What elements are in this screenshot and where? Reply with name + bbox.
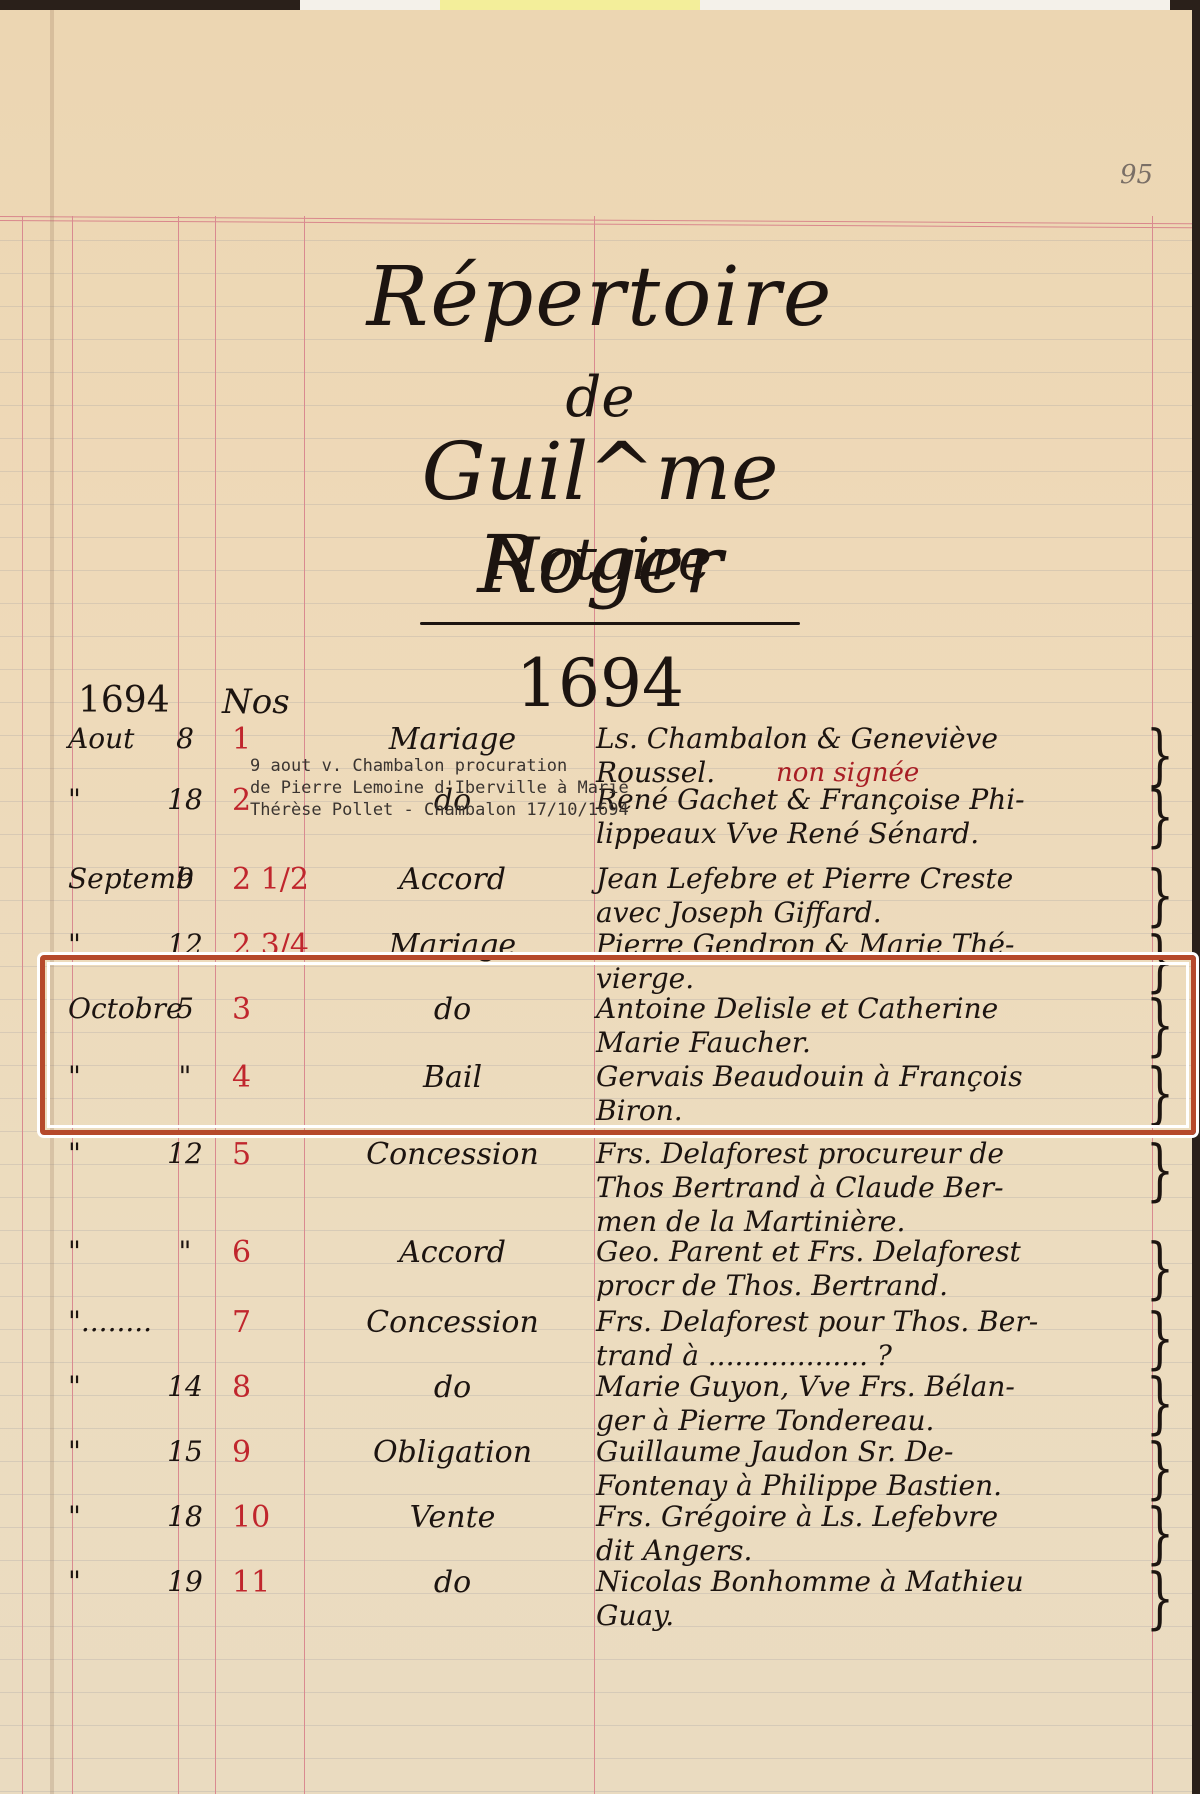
entry-number: 7 bbox=[232, 1305, 312, 1340]
entry-parties: Gervais Beaudouin à FrançoisBiron. bbox=[596, 1060, 1156, 1128]
brace-mark: } bbox=[1146, 1560, 1174, 1637]
column-rule bbox=[215, 216, 216, 1794]
parties-line: Ls. Chambalon & Geneviève bbox=[596, 722, 1156, 756]
parties-line: Biron. bbox=[596, 1094, 1156, 1128]
entry-act-type: Concession bbox=[315, 1137, 590, 1172]
parties-line: Nicolas Bonhomme à Mathieu bbox=[596, 1565, 1156, 1599]
entry-act-type: Accord bbox=[315, 1235, 590, 1270]
entry-day: 18 bbox=[160, 783, 210, 816]
page-title: Répertoire bbox=[300, 250, 900, 345]
parties-line: Guay. bbox=[596, 1599, 1156, 1633]
entry-act-type: do bbox=[315, 1370, 590, 1405]
entry-month: "........ bbox=[68, 1305, 180, 1338]
parties-line: Fontenay à Philippe Bastien. bbox=[596, 1469, 1156, 1503]
entry-number: 6 bbox=[232, 1235, 312, 1270]
parties-line: Guillaume Jaudon Sr. De- bbox=[596, 1435, 1156, 1469]
parties-line: procr de Thos. Bertrand. bbox=[596, 1269, 1156, 1303]
brace-mark: } bbox=[1146, 987, 1174, 1064]
register-page: 95 Répertoire de Guil^me Roger Notaire 1… bbox=[0, 10, 1192, 1794]
register-year: 1694 bbox=[300, 645, 900, 722]
annotation-line: de Pierre Lemoine d'Iberville à Marie bbox=[250, 777, 629, 799]
parties-line: Frs. Delaforest procureur de bbox=[596, 1137, 1156, 1171]
binding-fold bbox=[50, 10, 54, 1794]
parties-line: men de la Martinière. bbox=[596, 1205, 1156, 1239]
parties-line: René Gachet & Françoise Phi- bbox=[596, 783, 1156, 817]
parties-line: vierge. bbox=[596, 962, 1156, 996]
parties-line: dit Angers. bbox=[596, 1534, 1156, 1568]
entry-day: 12 bbox=[160, 928, 210, 961]
entry-act-type: do bbox=[315, 992, 590, 1027]
entry-day: 8 bbox=[160, 722, 210, 755]
parties-line: Marie Guyon, Vve Frs. Bélan- bbox=[596, 1370, 1156, 1404]
brace-mark: } bbox=[1146, 1230, 1174, 1307]
entry-day: 12 bbox=[160, 1137, 210, 1170]
entry-parties: Ls. Chambalon & GenevièveRoussel.non sig… bbox=[596, 722, 1156, 790]
entry-day: 9 bbox=[160, 862, 210, 895]
page-number: 95 bbox=[1120, 160, 1153, 190]
parties-line: Jean Lefebre et Pierre Creste bbox=[596, 862, 1156, 896]
entry-parties: Marie Guyon, Vve Frs. Bélan-ger à Pierre… bbox=[596, 1370, 1156, 1438]
annotation-line: Thérèse Pollet - Chambalon 17/10/1694 bbox=[250, 799, 629, 821]
brace-mark: } bbox=[1146, 1055, 1174, 1132]
annotation-line: 9 aout v. Chambalon procuration bbox=[250, 755, 629, 777]
parties-line: Frs. Grégoire à Ls. Lefebvre bbox=[596, 1500, 1156, 1534]
entry-act-type: Mariage bbox=[315, 722, 590, 757]
entry-day: 19 bbox=[160, 1565, 210, 1598]
notary-title: Notaire bbox=[300, 525, 900, 593]
entry-day: 5 bbox=[160, 992, 210, 1025]
entry-act-type: do bbox=[315, 1565, 590, 1600]
entry-day: " bbox=[160, 1060, 210, 1093]
pencil-annotation: 9 aout v. Chambalon procurationde Pierre… bbox=[250, 755, 629, 821]
entry-day: " bbox=[160, 1235, 210, 1268]
parties-line: lippeaux Vve René Sénard. bbox=[596, 817, 1156, 851]
column-header-numbers: Nos bbox=[222, 682, 290, 722]
entry-parties: Antoine Delisle et CatherineMarie Fauche… bbox=[596, 992, 1156, 1060]
parties-line: ger à Pierre Tondereau. bbox=[596, 1404, 1156, 1438]
entry-number: 8 bbox=[232, 1370, 312, 1405]
entry-parties: Jean Lefebre et Pierre Cresteavec Joseph… bbox=[596, 862, 1156, 930]
parties-line: trand à .................. ? bbox=[596, 1339, 1156, 1373]
entry-number: 2 3/4 bbox=[232, 928, 312, 963]
parties-line: Antoine Delisle et Catherine bbox=[596, 992, 1156, 1026]
entry-parties: Frs. Grégoire à Ls. Lefebvredit Angers. bbox=[596, 1500, 1156, 1568]
entry-number: 1 bbox=[232, 722, 312, 757]
entry-act-type: Bail bbox=[315, 1060, 590, 1095]
parties-line: Geo. Parent et Frs. Delaforest bbox=[596, 1235, 1156, 1269]
parties-line: Gervais Beaudouin à François bbox=[596, 1060, 1156, 1094]
parties-line: Thos Bertrand à Claude Ber- bbox=[596, 1171, 1156, 1205]
entry-number: 3 bbox=[232, 992, 312, 1027]
parties-line: Marie Faucher. bbox=[596, 1026, 1156, 1060]
brace-mark: } bbox=[1146, 778, 1174, 855]
entry-parties: Frs. Delaforest pour Thos. Ber-trand à .… bbox=[596, 1305, 1156, 1373]
entry-act-type: Concession bbox=[315, 1305, 590, 1340]
parties-line: avec Joseph Giffard. bbox=[596, 896, 1156, 930]
brace-mark: } bbox=[1146, 1132, 1174, 1209]
entry-parties: René Gachet & Françoise Phi-lippeaux Vve… bbox=[596, 783, 1156, 851]
entry-parties: Nicolas Bonhomme à MathieuGuay. bbox=[596, 1565, 1156, 1633]
entry-parties: Geo. Parent et Frs. Delaforestprocr de T… bbox=[596, 1235, 1156, 1303]
entry-act-type: Mariage bbox=[315, 928, 590, 963]
entry-number: 9 bbox=[232, 1435, 312, 1470]
entry-parties: Pierre Gendron & Marie Thé-vierge. bbox=[596, 928, 1156, 996]
entry-act-type: Obligation bbox=[315, 1435, 590, 1470]
parties-line: Frs. Delaforest pour Thos. Ber- bbox=[596, 1305, 1156, 1339]
entry-parties: Frs. Delaforest procureur deThos Bertran… bbox=[596, 1137, 1156, 1239]
entry-act-type: Vente bbox=[315, 1500, 590, 1535]
column-rule bbox=[22, 216, 23, 1794]
entry-act-type: Accord bbox=[315, 862, 590, 897]
parties-line: Pierre Gendron & Marie Thé- bbox=[596, 928, 1156, 962]
column-header-year: 1694 bbox=[78, 680, 170, 721]
title-divider bbox=[420, 622, 800, 625]
entry-day: 18 bbox=[160, 1500, 210, 1533]
entry-number: 4 bbox=[232, 1060, 312, 1095]
entry-day: 14 bbox=[160, 1370, 210, 1403]
entry-day: 15 bbox=[160, 1435, 210, 1468]
entry-parties: Guillaume Jaudon Sr. De-Fontenay à Phili… bbox=[596, 1435, 1156, 1503]
entry-number: 10 bbox=[232, 1500, 312, 1535]
title-de: de bbox=[300, 365, 900, 430]
entry-number: 5 bbox=[232, 1137, 312, 1172]
entry-number: 2 1/2 bbox=[232, 862, 312, 897]
entry-number: 11 bbox=[232, 1565, 312, 1600]
